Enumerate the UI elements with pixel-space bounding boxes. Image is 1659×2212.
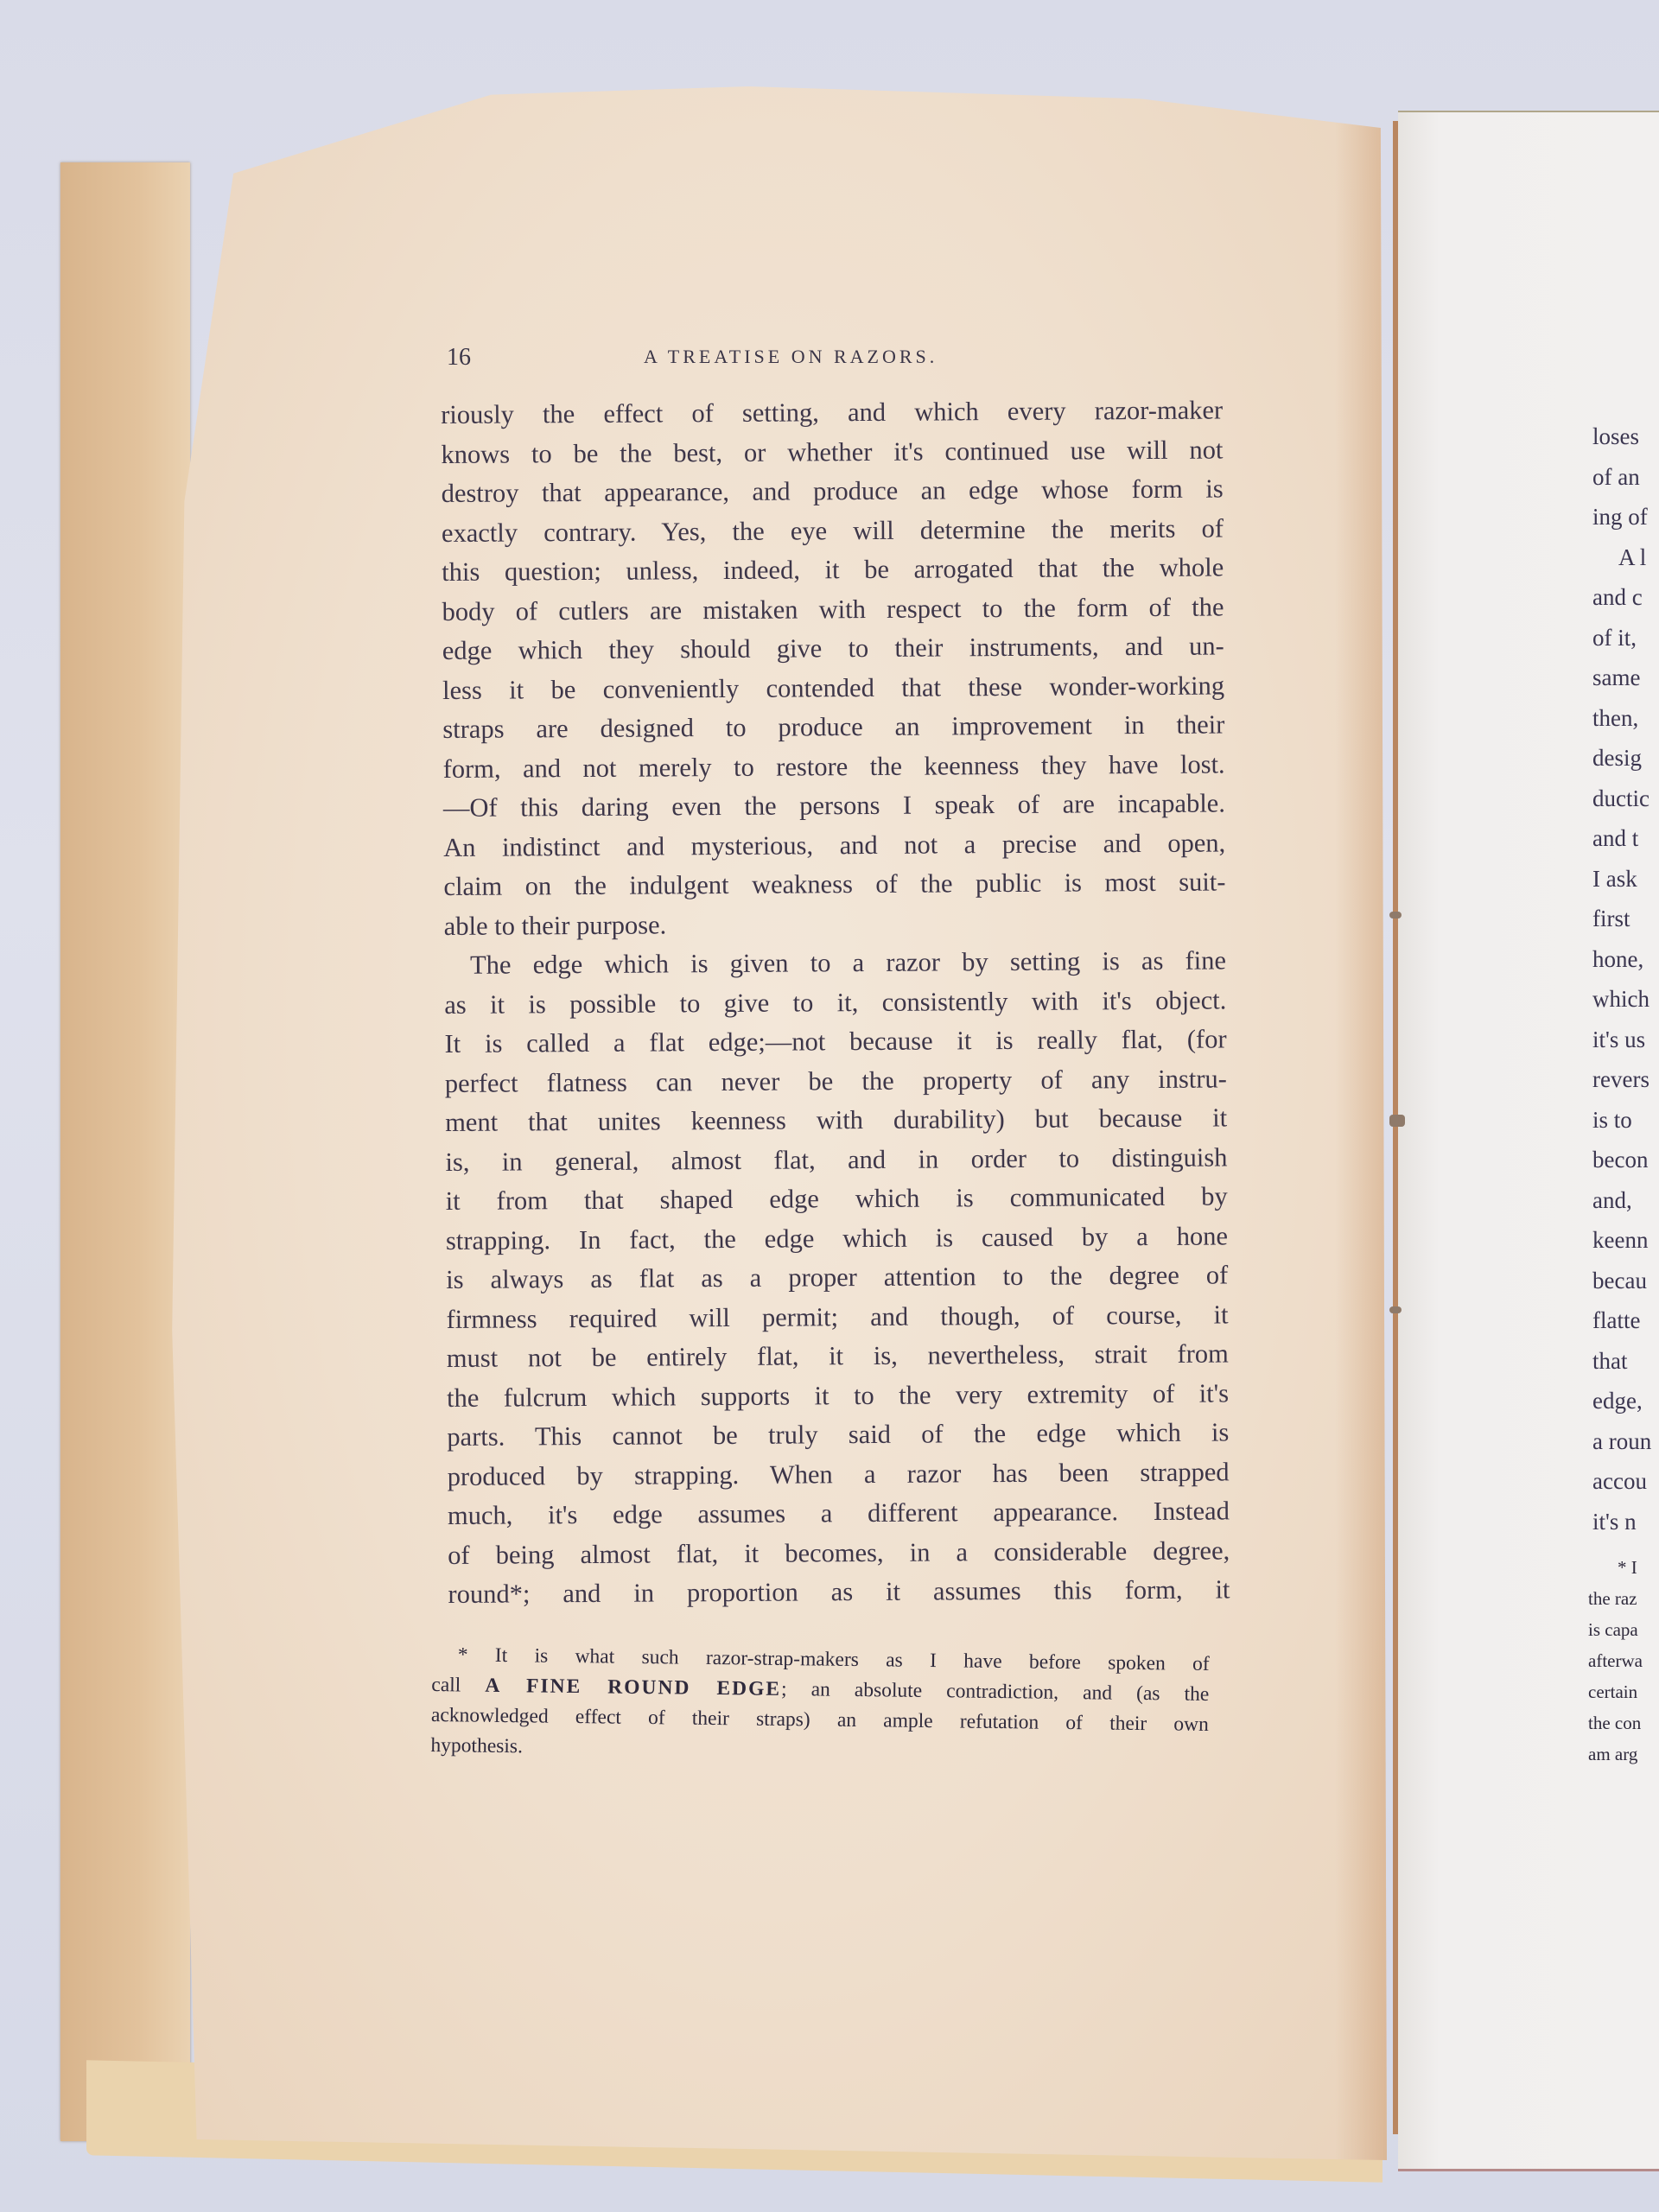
fragment-line: accou (1592, 1461, 1659, 1502)
text-line: edge which they should give to their ins… (442, 626, 1224, 671)
fragment-line: becon (1592, 1140, 1659, 1180)
footnote-text: ; an absolute contradiction, and (as the (781, 1678, 1210, 1706)
fragment-line: becau (1592, 1261, 1659, 1301)
text-line: strapping. In fact, the edge which is ca… (446, 1217, 1228, 1261)
text-line: produced by strapping. When a razor has … (448, 1452, 1230, 1497)
text-line: straps are designed to produce an improv… (442, 705, 1224, 749)
fragment-line: keenn (1592, 1220, 1659, 1261)
text-line: the fulcrum which supports it to the ver… (447, 1374, 1229, 1418)
text-line: claim on the indulgent weakness of the p… (443, 862, 1225, 906)
fragment-footnote-line: am arg (1588, 1738, 1659, 1770)
fragment-line: it's us (1592, 1020, 1659, 1060)
fragment-footnote-line: * I (1588, 1552, 1659, 1583)
text-line: It is called a flat edge;—not because it… (444, 1020, 1226, 1064)
fragment-line: hone, (1592, 939, 1659, 980)
text-line: ment that unites keenness with durabilit… (445, 1098, 1227, 1142)
text-line: firmness required will permit; and thoug… (446, 1295, 1228, 1339)
fragment-footnote-line: certain (1588, 1676, 1659, 1707)
fragment-line: of it, (1592, 618, 1659, 658)
book-gutter (1393, 121, 1398, 2134)
page-header: 16 A TREATISE ON RAZORS. (447, 344, 1207, 378)
fragment-line: it's n (1592, 1502, 1659, 1542)
text-line: round*; and in proportion as it assumes … (448, 1570, 1230, 1614)
fragment-line: and c (1592, 577, 1659, 618)
fragment-footnote-line: afterwa (1588, 1645, 1659, 1676)
running-title: A TREATISE ON RAZORS. (644, 346, 938, 368)
book-back-cover (60, 162, 190, 2141)
text-line: it from that shaped edge which is commun… (446, 1177, 1228, 1221)
text-line: knows to be the best, or whether it's co… (441, 430, 1223, 474)
text-line: less it be conveniently contended that t… (442, 666, 1224, 710)
fragment-line: ductic (1592, 779, 1659, 819)
fragment-line: revers (1592, 1059, 1659, 1100)
text-line: is, in general, almost flat, and in orde… (445, 1138, 1227, 1182)
fragment-line: ing of (1592, 497, 1659, 537)
fragment-line: loses (1592, 416, 1659, 457)
fragment-line: of an (1592, 457, 1659, 498)
fragment-line: which (1592, 979, 1659, 1020)
right-page-footnote-fragment: * I the raz is capa afterwa certain the … (1588, 1552, 1659, 1770)
text-line: of being almost flat, it becomes, in a c… (448, 1531, 1230, 1575)
binding-stitch (1389, 1306, 1402, 1313)
text-line: exactly contrary. Yes, the eye will dete… (442, 509, 1224, 553)
fragment-footnote-line: is capa (1588, 1614, 1659, 1645)
binding-stitch (1389, 1115, 1405, 1127)
text-line: —Of this daring even the persons I speak… (443, 784, 1225, 828)
fragment-line: A l (1592, 537, 1659, 578)
text-line: destroy that appearance, and produce an … (442, 469, 1224, 513)
body-text: riously the effect of setting, and which… (441, 391, 1230, 1614)
paragraph-start-line: The edge which is given to a razor by se… (444, 941, 1226, 985)
text-line: perfect flatness can never be the proper… (445, 1059, 1227, 1103)
fragment-line: edge, (1592, 1381, 1659, 1421)
fragment-line: is to (1592, 1100, 1659, 1141)
text-line: able to their purpose. (444, 902, 1226, 946)
fragment-line: desig (1592, 738, 1659, 779)
fragment-line: flatte (1592, 1300, 1659, 1341)
text-line: is always as flat as a proper attention … (446, 1255, 1228, 1300)
fragment-footnote-line: the raz (1588, 1583, 1659, 1614)
footnote: * It is what such razor-strap-makers as … (430, 1640, 1210, 1770)
fragment-line: first (1592, 899, 1659, 939)
footnote-small-caps-phrase: A FINE ROUND EDGE (485, 1675, 781, 1700)
text-line: parts. This cannot be truly said of the … (447, 1413, 1229, 1457)
text-line: body of cutlers are mistaken with respec… (442, 588, 1224, 632)
fragment-line: and t (1592, 818, 1659, 859)
text-line: as it is possible to give to it, consist… (444, 981, 1226, 1025)
fragment-line: a roun (1592, 1421, 1659, 1462)
fragment-line: I ask (1592, 859, 1659, 899)
text-line: riously the effect of setting, and which… (441, 391, 1223, 435)
fragment-line: that (1592, 1341, 1659, 1382)
text-line: form, and not merely to restore the keen… (443, 745, 1225, 789)
fragment-line: then, (1592, 698, 1659, 739)
text-line: this question; unless, indeed, it be arr… (442, 548, 1224, 592)
text-line: much, it's edge assumes a different appe… (448, 1491, 1230, 1535)
fragment-footnote-line: the con (1588, 1707, 1659, 1738)
fragment-line: same (1592, 658, 1659, 698)
footnote-text: call (431, 1674, 485, 1697)
text-line: An indistinct and mysterious, and not a … (443, 823, 1225, 868)
binding-stitch (1389, 912, 1402, 918)
text-line: must not be entirely flat, it is, nevert… (447, 1334, 1229, 1378)
fragment-line: and, (1592, 1180, 1659, 1221)
page-number: 16 (447, 344, 471, 372)
right-page-text-fragment: loses of an ing of A l and c of it, same… (1592, 416, 1659, 1541)
